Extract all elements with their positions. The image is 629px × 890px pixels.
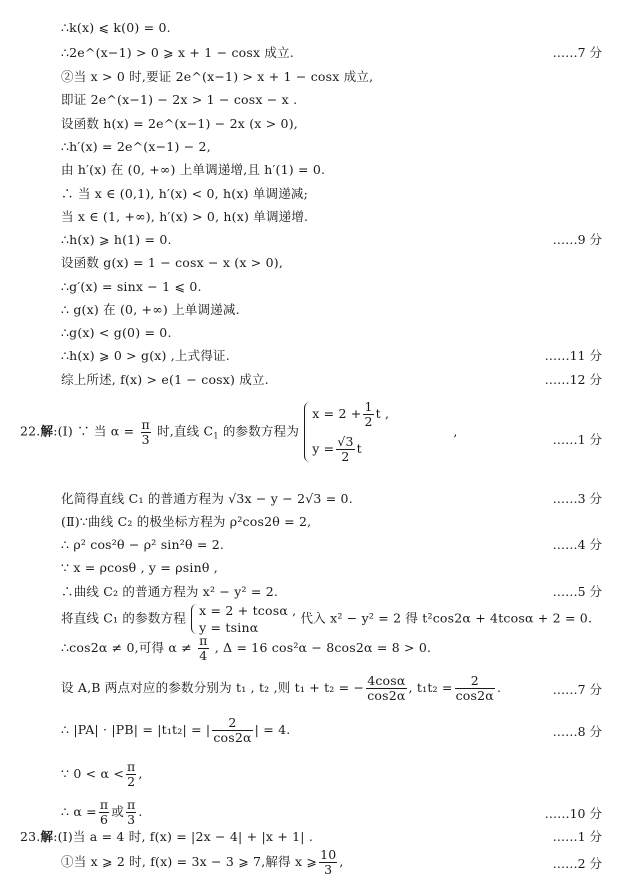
parametric-system: x = 2 + tcosα , y = tsinα (190, 602, 296, 636)
solution-label: 解 (40, 829, 53, 844)
text-line: 即证 2e^(x−1) − 2x > 1 − cosx − x . (61, 92, 297, 108)
text-segment: 将直线 C₁ 的参数方程 (61, 611, 186, 626)
text-line: 设函数 h(x) = 2e^(x−1) − 2x (x > 0), (61, 116, 298, 132)
vieta-line: 设 A,B 两点对应的参数分别为 t₁ , t₂ ,则 t₁ + t₂ = −4… (61, 674, 501, 703)
text-segment: 的参数方程为 (223, 424, 299, 439)
text-segment: :(Ⅰ) ∵ 当 α = (53, 424, 134, 439)
text-line: ∴ g(x) 在 (0, +∞) 上单调递减. (61, 302, 240, 318)
text-line: 化简得直线 C₁ 的普通方程为 √3x − y − 2√3 = 0. (61, 491, 353, 507)
text-line: 由 h′(x) 在 (0, +∞) 上单调递增,且 h′(1) = 0. (61, 162, 325, 178)
text-line: ∴g(x) < g(0) = 0. (61, 325, 172, 341)
score-mark: ……3 分 (553, 491, 602, 507)
fraction-pi-over-3: π3 (141, 418, 151, 447)
text-segment: 代入 x² − y² = 2 得 t²cos2α + 4tcosα + 2 = … (301, 611, 593, 626)
score-mark: ……9 分 (553, 232, 602, 248)
text-line: ∴h′(x) = 2e^(x−1) − 2, (61, 139, 211, 155)
problem-number: 23. (20, 829, 40, 844)
fraction-pi-over-4: π4 (198, 634, 208, 663)
score-mark: ……7 分 (553, 682, 602, 698)
problem-23-header: 23.解:(Ⅰ)当 a = 4 时, f(x) = |2x − 4| + |x … (20, 829, 313, 845)
score-mark: ……1 分 (553, 829, 602, 845)
text-line: ∴曲线 C₂ 的普通方程为 x² − y² = 2. (61, 584, 278, 600)
text-line: ∴ 当 x ∈ (0,1), h′(x) < 0, h(x) 单调递减; (61, 186, 308, 202)
text-line: ∴2e^(x−1) > 0 ⩾ x + 1 − cosx 成立. (61, 45, 294, 61)
text-line: 综上所述, f(x) > e(1 − cosx) 成立. (61, 372, 269, 388)
text-segment: 时,直线 C (157, 424, 213, 439)
text-line: ∵ x = ρcosθ , y = ρsinθ , (61, 560, 218, 576)
score-mark: ……11 分 (545, 348, 602, 364)
text-line: ∴ ρ² cos²θ − ρ² sin²θ = 2. (61, 537, 224, 553)
score-mark: ……5 分 (553, 584, 602, 600)
product-line: ∴ |PA| · |PB| = |t₁t₂| = |2cos2α| = 4. (61, 716, 290, 745)
text-line: ∴h(x) ⩾ h(1) = 0. (61, 232, 172, 248)
answer-line: ∴ α =π6或π3. (61, 798, 143, 827)
text-line: ∴h(x) ⩾ 0 > g(x) ,上式得证. (61, 348, 230, 364)
text-line: (Ⅱ)∵曲线 C₂ 的极坐标方程为 ρ²cos2θ = 2, (61, 514, 311, 530)
score-mark: ……8 分 (553, 724, 602, 740)
score-mark: ……12 分 (545, 372, 602, 388)
text-line: 设函数 g(x) = 1 − cosx − x (x > 0), (61, 255, 283, 271)
score-mark: ……10 分 (545, 806, 602, 822)
score-mark: ……2 分 (553, 856, 602, 872)
score-mark: ……1 分 (553, 432, 602, 448)
substitution-line: 将直线 C₁ 的参数方程 x = 2 + tcosα , y = tsinα 代… (61, 602, 592, 636)
text-line: 当 x ∈ (1, +∞), h′(x) > 0, h(x) 单调递增. (61, 209, 308, 225)
text-line: ∴g′(x) = sinx − 1 ⩽ 0. (61, 279, 202, 295)
range-line: ∵ 0 < α <π2, (61, 760, 143, 789)
problem-22-header: 22.解:(Ⅰ) ∵ 当 α = π3 时,直线 C1 的参数方程为 x = 2… (20, 400, 458, 464)
discriminant-line: ∴cos2α ≠ 0,可得 α ≠ π4 , Δ = 16 cos²α − 8c… (61, 634, 431, 663)
parametric-system: x = 2 +12t , y =√32t (303, 400, 389, 464)
score-mark: ……4 分 (553, 537, 602, 553)
text-line: ∴k(x) ⩽ k(0) = 0. (61, 20, 171, 36)
text-line: ②当 x > 0 时,要证 2e^(x−1) > x + 1 − cosx 成立… (61, 69, 373, 85)
score-mark: ……7 分 (553, 45, 602, 61)
problem-number: 22. (20, 424, 40, 439)
solution-label: 解 (40, 424, 53, 439)
case-line: ①当 x ⩾ 2 时, f(x) = 3x − 3 ⩾ 7,解得 x ⩾103, (61, 848, 344, 877)
